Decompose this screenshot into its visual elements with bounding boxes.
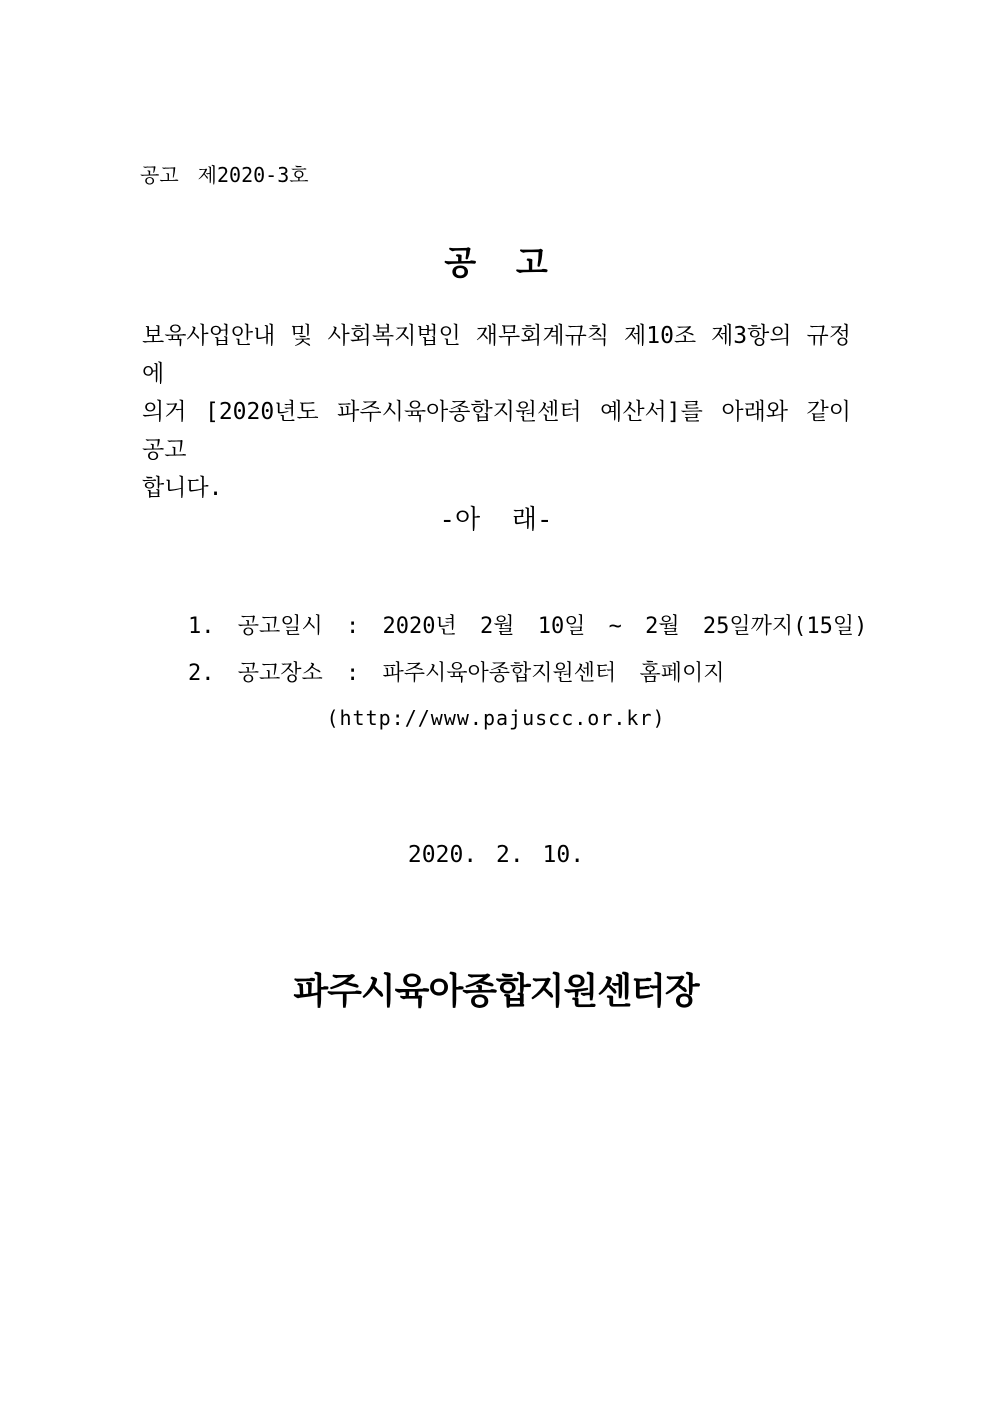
announcement-document-page: 공고 제2020-3호 공 고 보육사업안내 및 사회복지법인 재무회계규칙 제…	[0, 0, 992, 1403]
website-url-text: (http://www.pajuscc.or.kr)	[0, 706, 992, 730]
doc-number: 공고 제2020-3호	[140, 159, 309, 188]
below-divider-heading: -아 래-	[0, 499, 992, 536]
notice-item-announcement-place: 2. 공고장소 : 파주시육아종합지원센터 홈페이지	[188, 656, 725, 687]
notice-item-announcement-period: 1. 공고일시 : 2020년 2월 10일 ~ 2월 25일까지(15일)	[188, 609, 867, 640]
announcement-date: 2020. 2. 10.	[0, 842, 992, 868]
doc-title: 공 고	[0, 237, 992, 284]
issuer-signature: 파주시육아종합지원센터장	[0, 963, 992, 1014]
body-line-1: 보육사업안내 및 사회복지법인 재무회계규칙 제10조 제3항의 규정에	[142, 317, 851, 393]
body-line-2: 의거 [2020년도 파주시육아종합지원센터 예산서]를 아래와 같이 공고	[142, 393, 851, 469]
body-paragraph: 보육사업안내 및 사회복지법인 재무회계규칙 제10조 제3항의 규정에 의거 …	[142, 317, 851, 507]
